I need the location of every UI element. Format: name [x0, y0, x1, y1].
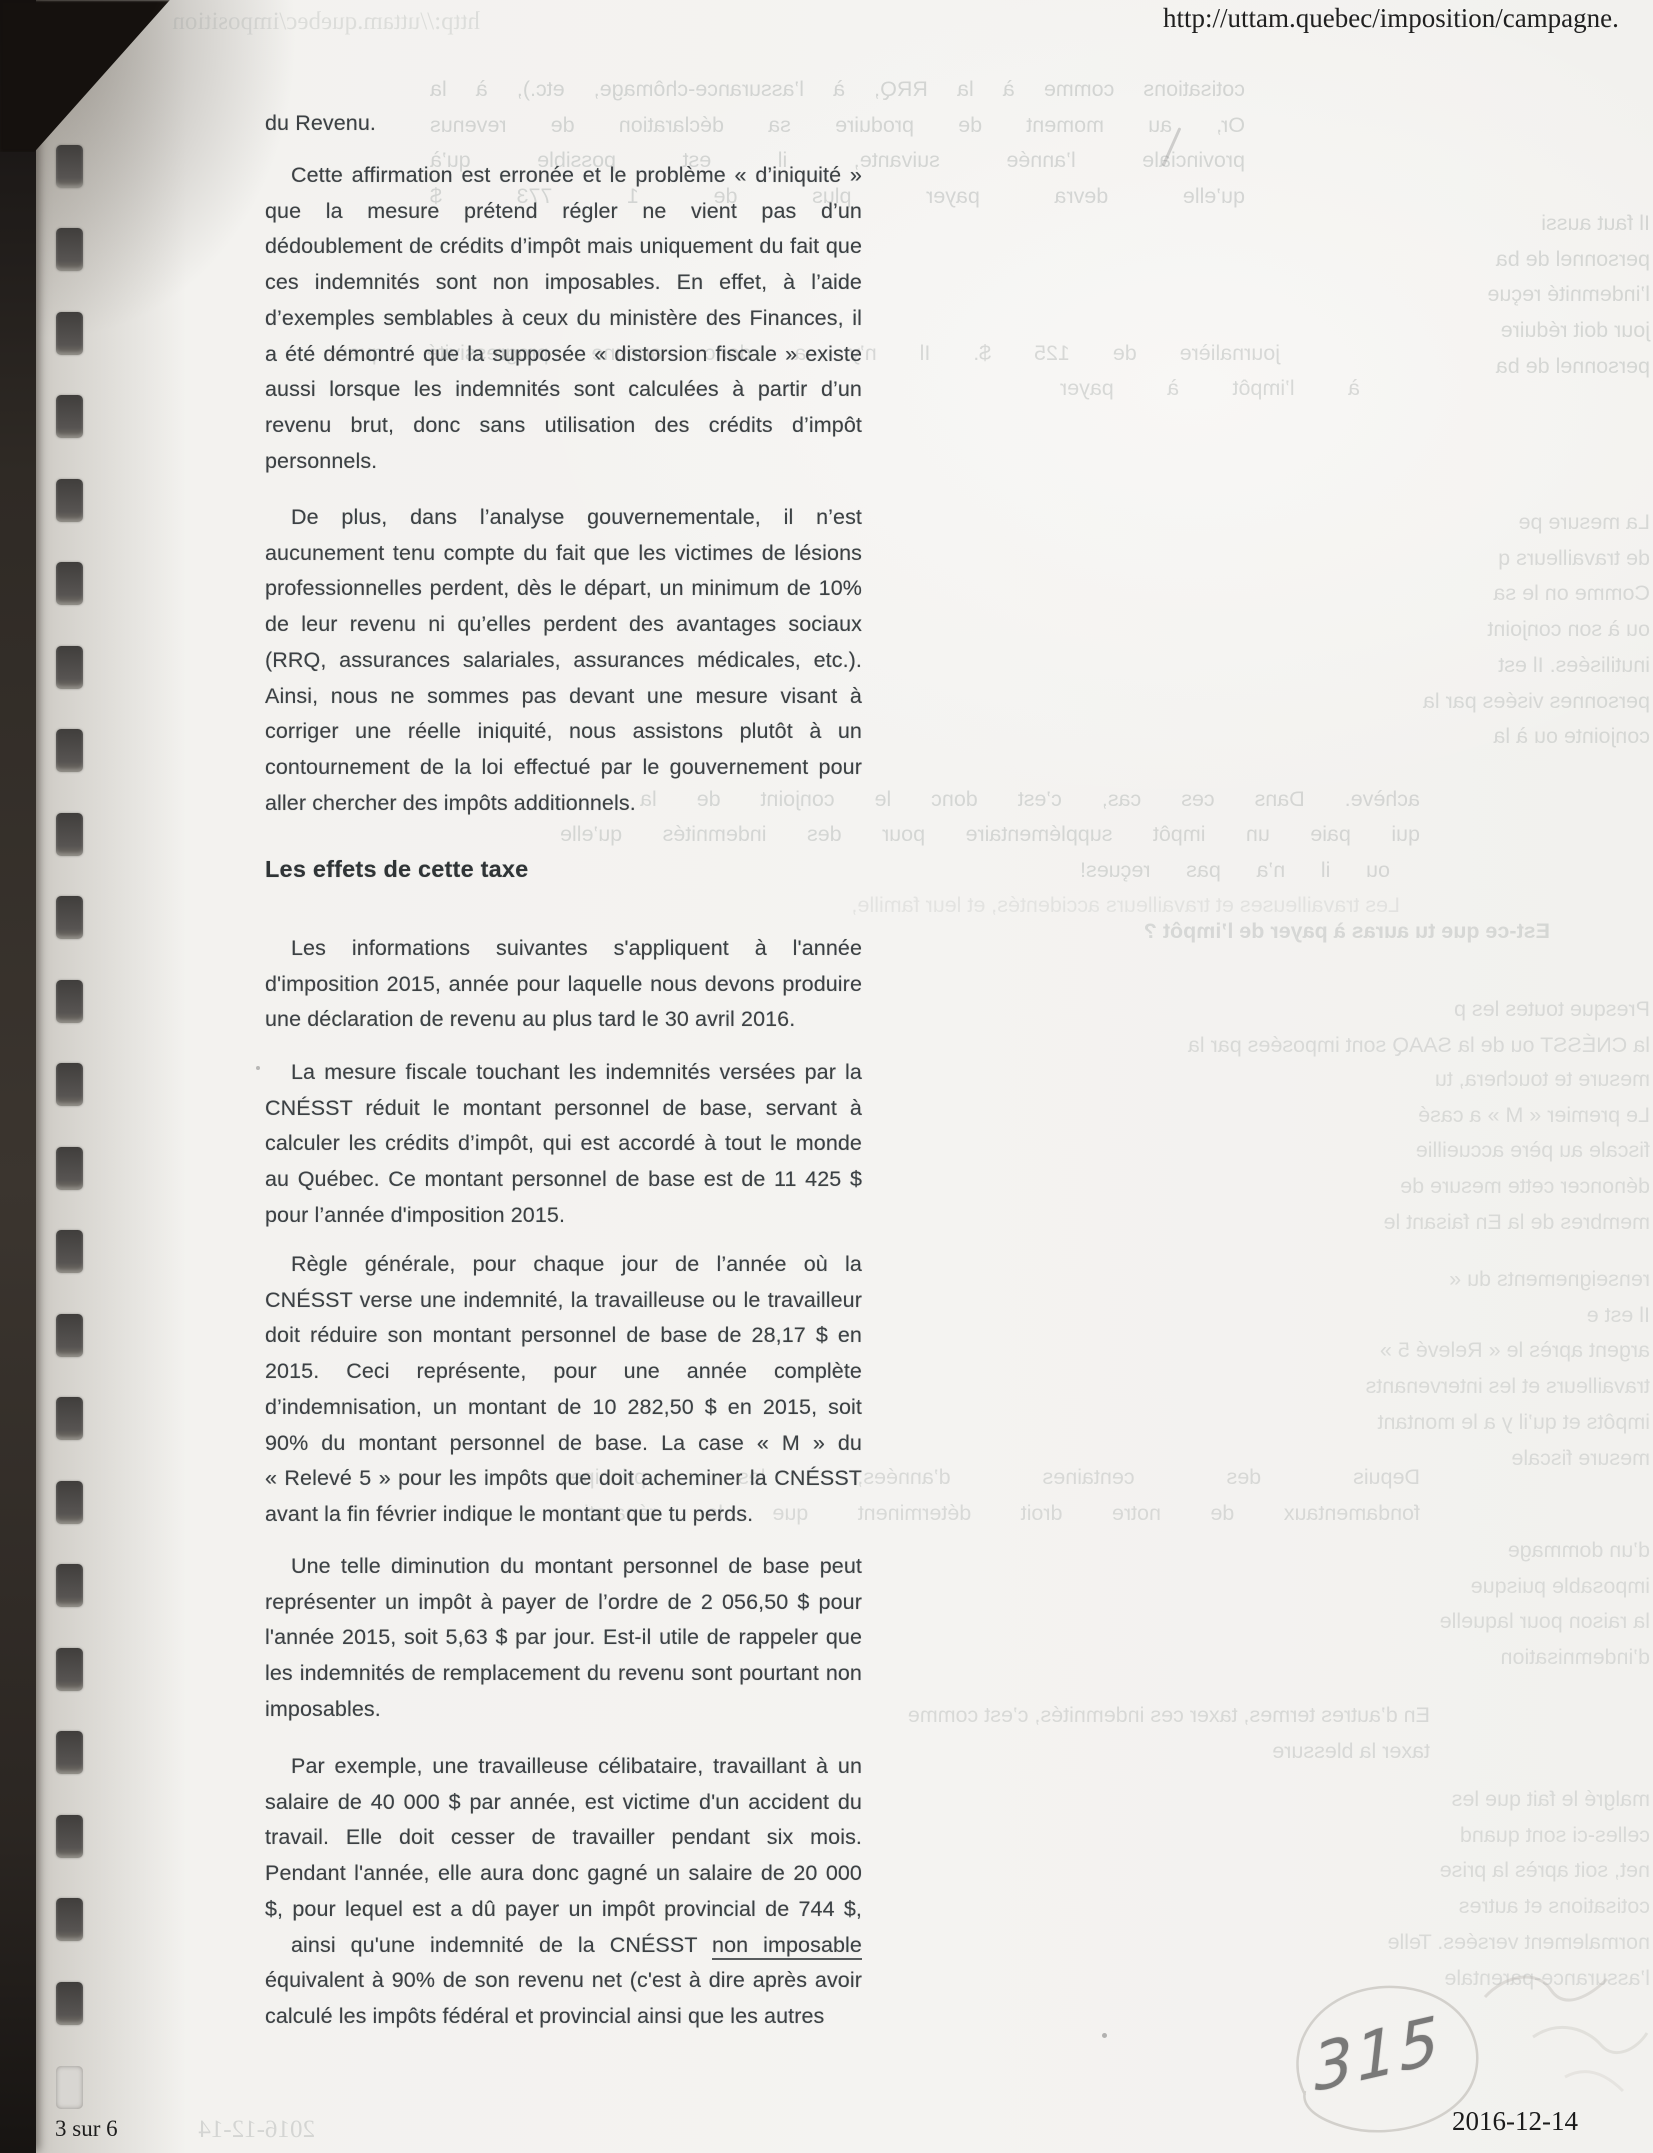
scanned-document-page: http://uttam.quebec/imposition cotisatio…: [0, 0, 1653, 2153]
scanner-edge-strip: [0, 0, 36, 2153]
text-line: ainsi qu'une indemnité de la CNÉSST non …: [265, 1928, 862, 1964]
text-line: du Revenu.: [265, 106, 862, 142]
text-line: d’indemnisation, un montant de 10 282,50…: [265, 1390, 862, 1426]
paragraph: Cette affirmation est erronée et le prob…: [265, 158, 862, 479]
bleedthrough-heading: Est-ce que tu auras à payer de l’impôt ?: [890, 914, 1550, 950]
binding-hole: [56, 1147, 83, 1190]
binding-hole: [56, 1063, 83, 1106]
bleedthrough-text: à l’impôt à payer: [1060, 371, 1360, 407]
paragraph: La mesure fiscale touchant les indemnité…: [265, 1055, 862, 1234]
bleedthrough-text: d’un dommage imposable puisque la raison…: [1095, 1533, 1650, 1676]
text-line: De plus, dans l’analyse gouvernementale,…: [265, 500, 862, 536]
scan-speck: [256, 1066, 260, 1070]
underlined-text: non imposable: [712, 1933, 862, 1960]
paragraph: Par exemple, une travailleuse célibatair…: [265, 1749, 862, 1928]
text-line: revenu brut, donc sans utilisation des c…: [265, 408, 862, 444]
bleedthrough-text: qui paie un impôt supplémentaire pour de…: [560, 817, 1420, 853]
bleedthrough-text: mesure te touchera, tu Le premier « M » …: [1050, 1062, 1650, 1241]
text-line: Les informations suivantes s'appliquent …: [265, 931, 862, 967]
binding-hole: [56, 228, 83, 271]
text-line: CNÉSST verse une indemnité, la travaille…: [265, 1283, 862, 1319]
text-line: de leur revenu ni qu’elles perdent des a…: [265, 607, 862, 643]
text-line: salaire de 40 000 $ par année, est victi…: [265, 1785, 862, 1821]
text-line: aussi lorsque les indemnités sont calcul…: [265, 372, 862, 408]
text-line: contournement de la loi effectué par le …: [265, 750, 862, 786]
binding-hole: [56, 562, 83, 605]
text-line: 90% du montant personnel de base. La cas…: [265, 1426, 862, 1462]
binding-hole: [56, 1648, 83, 1691]
bleedthrough-date: 2016-12-14: [105, 2112, 315, 2148]
text-line: d'imposition 2015, année pour laquelle n…: [265, 967, 862, 1003]
text-line: Cette affirmation est erronée et le prob…: [265, 158, 862, 194]
text-line: Pendant l'année, elle aura donc gagné un…: [265, 1856, 862, 1892]
binding-hole: [56, 1564, 83, 1607]
text-line: calculé les impôts fédéral et provincial…: [265, 1999, 862, 2035]
binding-hole: [56, 1481, 83, 1524]
text-line: $, pour lequel est a dû payer un impôt p…: [265, 1892, 862, 1928]
text-line: les indemnités de remplacement du revenu…: [265, 1656, 862, 1692]
text-line: l'année 2015, soit 5,63 $ par jour. Est-…: [265, 1620, 862, 1656]
text-line: doit réduire son montant personnel de ba…: [265, 1318, 862, 1354]
bleedthrough-text: http://uttam.quebec/imposition: [150, 4, 480, 40]
text-line: travail. Elle doit cesser de travailler …: [265, 1820, 862, 1856]
binding-hole: [56, 145, 83, 188]
binding-hole: [56, 1898, 83, 1941]
text-line: personnels.: [265, 444, 862, 480]
paragraph-continuation: du Revenu.: [265, 106, 862, 142]
text-line: calculer les crédits d’impôt, qui est ac…: [265, 1126, 862, 1162]
binding-hole: [56, 479, 83, 522]
scan-speck: [1102, 2033, 1107, 2038]
text-line: d’exemples semblables à ceux du ministèr…: [265, 301, 862, 337]
text-line: au Québec. Ce montant personnel de base …: [265, 1162, 862, 1198]
text-line: La mesure fiscale touchant les indemnité…: [265, 1055, 862, 1091]
text-line: (RRQ, assurances salariales, assurances …: [265, 643, 862, 679]
text-line: Une telle diminution du montant personne…: [265, 1549, 862, 1585]
text-line: « Relevé 5 » pour les impôts que doit ac…: [265, 1461, 862, 1497]
url-header: http://uttam.quebec/imposition/campagne.: [1163, 3, 1653, 34]
text-line: équivalent à 90% de son revenu net (c'es…: [265, 1963, 862, 1999]
binding-hole: [56, 813, 83, 856]
binding-hole: [56, 980, 83, 1023]
binding-hole: [56, 646, 83, 689]
binding-hole: [56, 1230, 83, 1273]
text-line: professionnelles perdent, dès le départ,…: [265, 571, 862, 607]
text-line: une déclaration de revenu au plus tard l…: [265, 1002, 862, 1038]
bleedthrough-text: ou il n’a pas reçues!: [1080, 853, 1390, 889]
binding-hole: [56, 1982, 83, 2025]
binding-hole: [56, 729, 83, 772]
paragraph: Règle générale, pour chaque jour de l’an…: [265, 1247, 862, 1533]
text-line: représenter un impôt à payer de l’ordre …: [265, 1585, 862, 1621]
page-indicator: 3 sur 6: [55, 2116, 118, 2142]
text-line: 2015. Ceci représente, pour une année co…: [265, 1354, 862, 1390]
binding-hole: [56, 2066, 83, 2109]
paragraph: Une telle diminution du montant personne…: [265, 1549, 862, 1728]
text-segment: ainsi qu'une indemnité de la CNÉSST: [291, 1933, 712, 1957]
binding-hole: [56, 312, 83, 355]
binding-hole: [56, 1314, 83, 1357]
paragraph: Les informations suivantes s'appliquent …: [265, 931, 862, 1038]
text-line: dédoublement de crédits d’impôt mais uni…: [265, 229, 862, 265]
binding-hole: [56, 896, 83, 939]
text-line: aller chercher des impôts additionnels.: [265, 786, 862, 822]
binding-hole: [56, 395, 83, 438]
text-line: corriger une réelle iniquité, nous assis…: [265, 714, 862, 750]
bleedthrough-text: renseignements du « Il est e argent aprè…: [1000, 1262, 1650, 1476]
text-line: imposables.: [265, 1692, 862, 1728]
paragraph: ainsi qu'une indemnité de la CNÉSST non …: [265, 1928, 862, 1964]
text-line: Règle générale, pour chaque jour de l’an…: [265, 1247, 862, 1283]
text-line: aucunement tenu compte du fait que les v…: [265, 536, 862, 572]
bleedthrough-text: Presque toutes les p la CNÉSST ou de la …: [780, 992, 1650, 1063]
text-line: Par exemple, une travailleuse célibatair…: [265, 1749, 862, 1785]
binding-hole: [56, 1397, 83, 1440]
section-heading: Les effets de cette taxe: [265, 856, 528, 883]
text-line: ces indemnités sont non imposables. En e…: [265, 265, 862, 301]
paragraph: De plus, dans l’analyse gouvernementale,…: [265, 500, 862, 821]
text-line: CNÉSST réduit le montant personnel de ba…: [265, 1091, 862, 1127]
bleedthrough-text: La mesure pe de travailleurs q Comme on …: [1045, 505, 1650, 755]
binding-hole: [56, 1731, 83, 1774]
text-line: Ainsi, nous ne sommes pas devant une mes…: [265, 679, 862, 715]
text-line: avant la fin février indique le montant …: [265, 1497, 862, 1533]
paragraph: équivalent à 90% de son revenu net (c'es…: [265, 1963, 862, 2034]
binding-hole: [56, 1815, 83, 1858]
text-line: a été démontré que la supposée « distors…: [265, 337, 862, 373]
text-line: que la mesure prétend régler ne vient pa…: [265, 194, 862, 230]
pencil-scribbles: [1235, 1935, 1653, 2153]
text-line: pour l’année d'imposition 2015.: [265, 1198, 862, 1234]
